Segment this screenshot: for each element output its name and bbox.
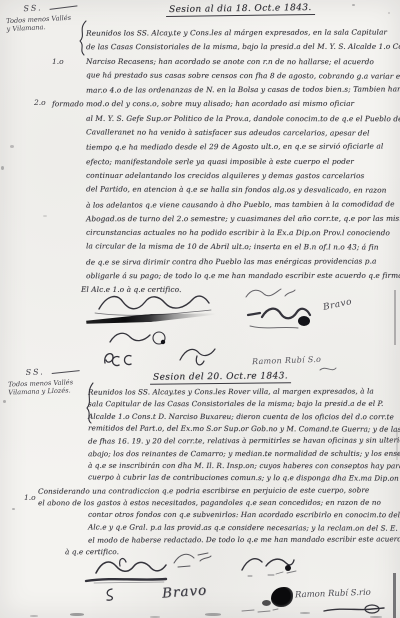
signature-flourish (318, 364, 338, 374)
manuscript-line: el abono de los gastos à estos necesitad… (38, 497, 396, 510)
ink-speck (10, 145, 14, 148)
signature-underline (84, 576, 168, 584)
signature-secretary: Ramon Rubí S.rio (295, 588, 371, 601)
page-edge-mark (396, 430, 398, 460)
manuscript-line: mar.o 4.o de las ordenanzas de N. en la … (86, 83, 398, 99)
manuscript-line: à los adelantos q.e viene causando à dho… (86, 197, 398, 213)
signature-scrawl (240, 606, 280, 614)
ink-speck (30, 615, 38, 617)
manuscript-line: formado mod.o del y cons.o, sobre muy al… (52, 97, 398, 112)
session-2-body: Reunidos los SS. Alcay.tes y Cons.les Ro… (88, 386, 396, 559)
manuscript-line: circunstancias actuales no ha podido esc… (86, 226, 398, 241)
ink-speck (1, 166, 4, 170)
signature-scrawl (103, 586, 115, 602)
item-number: 2.o (34, 98, 46, 107)
manuscript-line: de fhas 16. 19. y 20 del corr.te, relati… (88, 435, 396, 449)
signature-scrawl (175, 344, 219, 370)
item-number: 1.o (52, 57, 64, 66)
signature-scrawl (168, 547, 214, 569)
manuscript-line: que há prestado sus casas sobre censos c… (86, 68, 398, 84)
manuscript-line: de las Casas Consistoriales de la misma,… (86, 40, 398, 55)
ink-speck (300, 612, 310, 614)
signature-scrawl (273, 569, 299, 577)
page-edge-mark (393, 573, 396, 618)
manuscript-line: Reunidos los SS. Alcay.te y Cons.les al … (86, 25, 398, 41)
manuscript-line: contar otros fondos con q.e subvenirlos:… (88, 509, 396, 522)
signature-scrawl (243, 284, 297, 302)
ink-blot (271, 587, 293, 607)
manuscript-line: obligarle á su pago; de todo lo q.e me h… (86, 269, 398, 284)
manuscript-line: Considerando una contradiccion q.e podri… (38, 484, 396, 498)
ink-speck (205, 613, 221, 616)
session-2-heading: Sesion del 20. Oct.re 1843. (150, 371, 291, 384)
manuscript-line: al M. Y. S. Gefe Sup.or Politico de la P… (86, 112, 398, 127)
ink-speck (3, 400, 6, 403)
manuscript-line: la circular de la misma de 10 de Abril u… (86, 240, 398, 256)
ink-speck (12, 508, 15, 510)
session-1-body: Reunidos los SS. Alcay.te y Cons.les al … (86, 26, 398, 298)
signature-secretary: Ramon Rubí S.o (252, 355, 322, 366)
manuscript-line: Alcalde 1.o Cons.t D. Narciso Buxareu; d… (88, 410, 396, 423)
signature-scrawl (93, 291, 213, 315)
manuscript-line: abajo; los dos reinantes de Camarro; y m… (88, 448, 396, 461)
signature-flourish (322, 602, 386, 616)
signature-bravo: Bravo (322, 297, 353, 313)
ink-speck (352, 4, 355, 6)
manuscript-scan: Sesion al dia 18. Oct.e 1843. SS. Todos … (0, 0, 400, 618)
page-edge-mark (394, 290, 396, 345)
manuscript-line: del Partido, en atencion à q.e se halla … (86, 183, 398, 199)
manuscript-line: Abogad.os de turno del 2.o semestre; y c… (86, 212, 398, 227)
signature-scrawl (246, 303, 320, 331)
manuscript-line: continuar adelantando los crecidos alqui… (86, 169, 398, 184)
ink-speck (388, 12, 390, 14)
manuscript-line: de q.e se sirva dirimir contra dho Puebl… (86, 254, 398, 270)
manuscript-line: Narciso Recasens; han acordado se anote … (86, 54, 398, 69)
signature-bravo: Bravo (161, 582, 207, 601)
manuscript-line: tiempo q.e ha mediado desde el 29 de Ago… (86, 140, 398, 156)
manuscript-line: cuerpo à cubrir las de contribuciones co… (88, 472, 396, 486)
signature-scrawl (100, 349, 148, 369)
manuscript-line: sala Capitular de las Casas Consistorial… (88, 398, 396, 411)
margin-flourish-mark: SS. (26, 368, 66, 377)
margin-flourish-mark: SS. (23, 3, 63, 13)
ink-speck (43, 215, 47, 217)
ink-speck (70, 613, 84, 616)
item-number: 1.o (24, 493, 36, 502)
signature-scrawl (106, 328, 170, 348)
session-1-heading: Sesion al dia 18. Oct.e 1843. (166, 3, 315, 17)
manuscript-line: efecto; manifestandole serle ya quasi im… (86, 154, 398, 169)
